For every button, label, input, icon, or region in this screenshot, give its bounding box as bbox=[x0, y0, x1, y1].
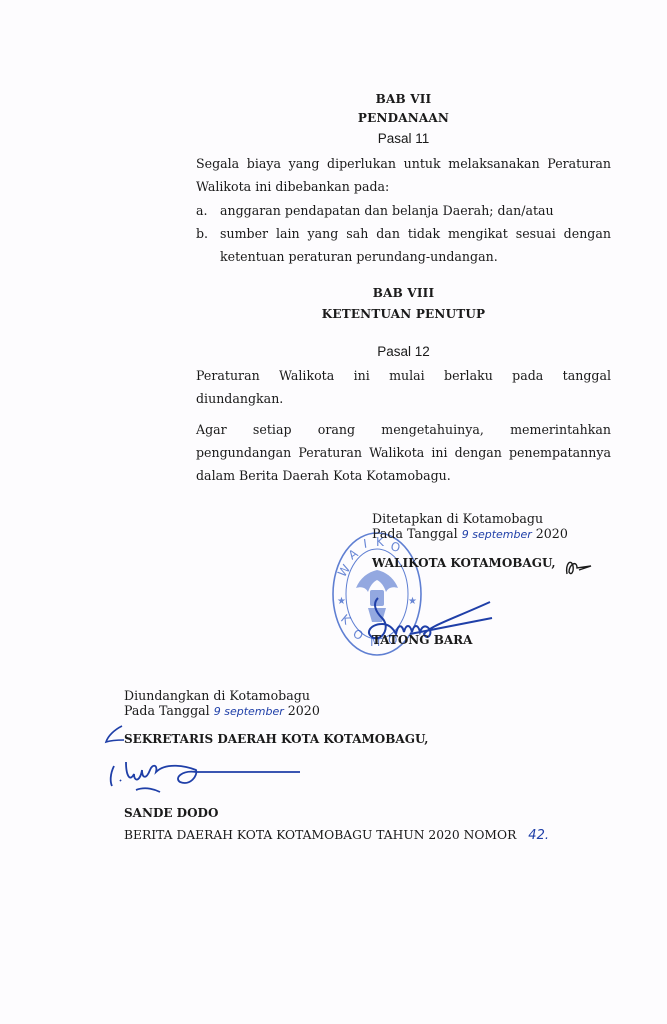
bab-viii-subtitle: KETENTUAN PENUTUP bbox=[196, 307, 611, 321]
list-item-a: a. anggaran pendapatan dan belanja Daera… bbox=[196, 199, 611, 222]
pasal-12-p2-line-1: Agar setiap orang mengetahuinya, memerin… bbox=[196, 418, 611, 441]
gazette-text: BERITA DAERAH KOTA KOTAMOBAGU TAHUN 2020… bbox=[124, 828, 516, 842]
enactment-date-handwritten: 9 september bbox=[462, 528, 532, 541]
paraf-check-icon bbox=[104, 724, 126, 746]
svg-text:A: A bbox=[346, 546, 361, 563]
promulgation-date-handwritten: 9 september bbox=[214, 705, 284, 718]
bab-vii-subtitle: PENDANAAN bbox=[196, 111, 611, 125]
list-item-b: b. sumber lain yang sah dan tidak mengik… bbox=[196, 222, 611, 268]
gazette-number-handwritten: 42. bbox=[528, 828, 549, 843]
promulgation-place: Diundangkan di Kotamobagu bbox=[124, 688, 310, 703]
pasal-11-line-2: Walikota ini dibebankan pada: bbox=[196, 175, 611, 198]
promulgation-year: 2020 bbox=[288, 703, 320, 718]
pasal-12-p1-line-2: diundangkan. bbox=[196, 387, 611, 410]
secretary-signature-icon bbox=[106, 756, 306, 796]
pasal-12-paragraph-2: Agar setiap orang mengetahuinya, memerin… bbox=[196, 418, 611, 487]
pasal-12-p2-line-3: dalam Berita Daerah Kota Kotamobagu. bbox=[196, 464, 611, 487]
enactment-office: WALIKOTA KOTAMOBAGU, bbox=[372, 556, 556, 570]
list-marker-b: b. bbox=[196, 222, 208, 245]
pasal-12-paragraph-1: Peraturan Walikota ini mulai berlaku pad… bbox=[196, 364, 611, 410]
list-marker-a: a. bbox=[196, 199, 208, 222]
bab-viii-title: BAB VIII bbox=[196, 286, 611, 300]
promulgation-signatory-name: SANDE DODO bbox=[124, 806, 218, 820]
enactment-date: Pada Tanggal 9 september 2020 bbox=[372, 526, 568, 542]
bab-vii-title: BAB VII bbox=[196, 92, 611, 106]
enactment-year: 2020 bbox=[536, 526, 568, 541]
pasal-11-paragraph: Segala biaya yang diperlukan untuk melak… bbox=[196, 152, 611, 198]
pasal-11-heading: Pasal 11 bbox=[196, 131, 611, 146]
pasal-11-line-1: Segala biaya yang diperlukan untuk melak… bbox=[196, 152, 611, 175]
list-text-b: sumber lain yang sah dan tidak mengikat … bbox=[220, 222, 611, 268]
enactment-place: Ditetapkan di Kotamobagu bbox=[372, 511, 543, 526]
paraf-initial-icon bbox=[563, 556, 595, 578]
list-text-a: anggaran pendapatan dan belanja Daerah; … bbox=[220, 199, 611, 222]
svg-text:★: ★ bbox=[337, 596, 346, 607]
pasal-12-p1-line-1: Peraturan Walikota ini mulai berlaku pad… bbox=[196, 364, 611, 387]
enactment-signatory-name: TATONG BARA bbox=[372, 633, 472, 647]
gazette-line: BERITA DAERAH KOTA KOTAMOBAGU TAHUN 2020… bbox=[124, 828, 549, 843]
enactment-date-label: Pada Tanggal bbox=[372, 526, 458, 541]
promulgation-date: Pada Tanggal 9 september 2020 bbox=[124, 703, 320, 719]
pasal-12-p2-line-2: pengundangan Peraturan Walikota ini deng… bbox=[196, 441, 611, 464]
pasal-12-heading: Pasal 12 bbox=[196, 344, 611, 359]
svg-text:I: I bbox=[362, 537, 367, 551]
promulgation-date-label: Pada Tanggal bbox=[124, 703, 210, 718]
promulgation-office: SEKRETARIS DAERAH KOTA KOTAMOBAGU, bbox=[124, 732, 428, 746]
